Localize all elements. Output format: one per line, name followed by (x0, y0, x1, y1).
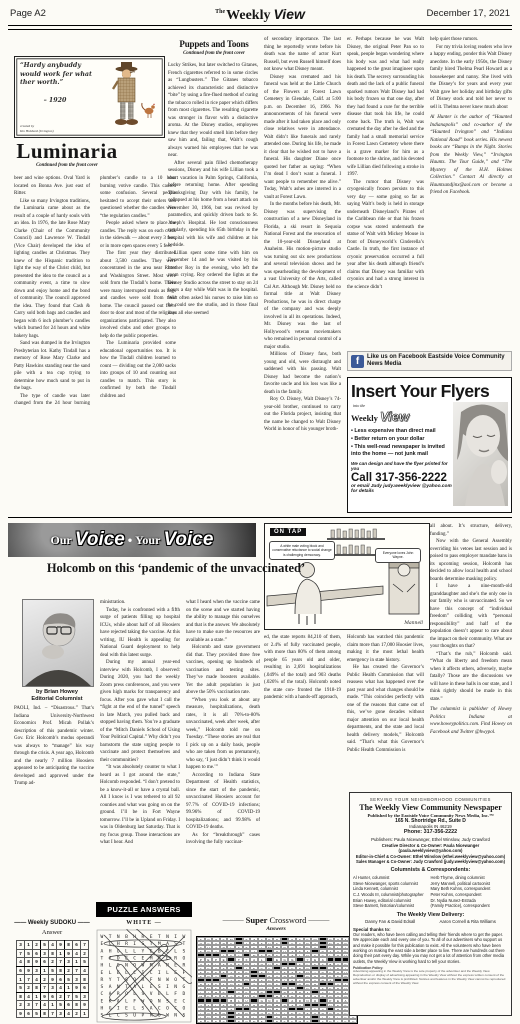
svg-text:V: V (150, 991, 153, 997)
banner-separator: • (128, 533, 132, 547)
svg-text:S: S (183, 948, 186, 954)
svg-text:O: O (166, 1006, 169, 1012)
columnist-photo (22, 599, 94, 687)
svg-text:L: L (142, 984, 145, 990)
holcomb-column-3: what I heard when the vaccine came on th… (186, 599, 260, 883)
ad-bullets: • Less expensive than direct mail • Bett… (351, 428, 453, 459)
ontap-political-cartoon: ON TAP A white male voting block and con… (264, 523, 430, 630)
svg-text:T: T (183, 941, 186, 947)
svg-text:A: A (150, 1006, 153, 1012)
issue-date: December 17, 2021 (427, 8, 510, 19)
svg-text:R: R (183, 963, 186, 969)
svg-text:W: W (166, 977, 169, 983)
crossword-answers-label: Answers (196, 926, 356, 932)
speech-bubble-1: A white male voting block and conservati… (269, 541, 335, 560)
crossword-answer-grid: TOTEMSTARRSKEWOVALOCHREISSUECARANODECHAR… (196, 936, 358, 1024)
svg-text:L: L (109, 1013, 112, 1019)
svg-text:T: T (101, 955, 104, 961)
facebook-bar-text: Like us on Facebook Eastside Voice Commu… (367, 354, 508, 367)
puppets-column-4: help quiet those rumors.For my trivia lo… (430, 36, 512, 344)
puppets-column-3: er. Perhaps because he was Walt Disney, … (347, 36, 424, 344)
byline: by Brian Howey Editorial Columnist (14, 689, 100, 704)
luminaria-headline: Luminaria (14, 139, 120, 164)
svg-text:L: L (125, 948, 128, 954)
puppets-column-4-text: help quiet those rumors.For my trivia lo… (430, 36, 512, 111)
svg-text:L: L (166, 991, 169, 997)
svg-text:C: C (101, 991, 104, 997)
luminaria-body: beer and wine options. Oval Yard is loca… (14, 175, 176, 512)
ontap-sign: ON TAP (270, 528, 306, 536)
bar-scene-drawing (265, 524, 427, 627)
ad-phone: Call 317-356-2222 (351, 472, 453, 484)
cartoon-quote: “Hardy anybuddy would work fer what ther… (20, 62, 100, 88)
svg-text:E: E (174, 998, 177, 1004)
header-rule-thin (8, 29, 512, 30)
svg-text:E: E (101, 998, 104, 1004)
svg-text:U: U (133, 1013, 136, 1019)
puppets-continued: Continued from the front cover (168, 51, 260, 56)
sudoku-answer-label: Answer (10, 929, 94, 936)
svg-text:L: L (109, 970, 112, 976)
svg-text:G: G (183, 984, 186, 990)
svg-text:A: A (158, 963, 161, 969)
svg-text:P: P (142, 1013, 145, 1019)
facebook-icon: f (351, 355, 364, 368)
section-divider (8, 517, 512, 518)
svg-text:H: H (101, 1006, 104, 1012)
abe-martin-figure (99, 59, 161, 133)
svg-text:L: L (125, 998, 128, 1004)
cartoon-year: – 1920 (20, 97, 90, 104)
author-bio: Al Hunter is the author of “Haunted Indi… (430, 114, 512, 197)
puppets-column-1: Lucky Strikes, but later switched to Git… (168, 62, 258, 512)
svg-text:Y: Y (142, 948, 145, 954)
svg-text:R: R (174, 955, 177, 961)
sudoku-title: Weekly SUDOKU (10, 920, 94, 926)
svg-text:L: L (174, 948, 177, 954)
svg-text:I: I (166, 984, 169, 990)
svg-text:W: W (166, 1013, 169, 1019)
puppets-column-2: of secondary importance. The last thing … (264, 36, 341, 514)
svg-text:N: N (158, 998, 161, 1004)
svg-text:L: L (133, 1006, 136, 1012)
woman-photo (453, 402, 508, 506)
svg-text:D: D (183, 991, 186, 997)
insert-flyers-ad: Insert Your Flyers into the WeeklyView •… (347, 377, 512, 513)
ad-bullet: • Less expensive than direct mail (351, 428, 453, 436)
ad-email: or email Judy judy.weeklyview @yahoo.com… (351, 484, 453, 494)
kin-hubbard-cartoon: “Hardy anybuddy would work fer what ther… (14, 56, 165, 138)
owner-line: Editor-in-Chief & Co-Owner: Ethel Winslo… (353, 854, 508, 859)
svg-text:E: E (125, 1006, 128, 1012)
weekly-view-logo: WeeklyView (351, 408, 453, 426)
svg-text:R: R (101, 977, 104, 983)
banner-word: Voice (75, 529, 125, 551)
ad-bullet: • This well-read newspaper is invited in… (351, 444, 453, 460)
masthead-weekly: Weekly (226, 8, 270, 23)
svg-text:E: E (101, 970, 104, 976)
svg-text:S: S (158, 984, 161, 990)
svg-text:N: N (166, 934, 169, 940)
svg-text:C: C (133, 955, 136, 961)
svg-text:N: N (174, 1013, 177, 1019)
columnists-left: Al Hunter, columnistSteve Nicewanger, sp… (353, 875, 431, 909)
svg-text:O: O (183, 1006, 186, 1012)
svg-text:N: N (125, 963, 128, 969)
svg-text:T: T (158, 934, 161, 940)
masthead-the: The (215, 9, 225, 15)
svg-text:H: H (101, 963, 104, 969)
svg-text:S: S (125, 1013, 128, 1019)
svg-text:E: E (101, 941, 104, 947)
svg-text:E: E (142, 955, 145, 961)
publication-policy: Advertising appearing in the Weekly View… (353, 970, 508, 985)
wordsearch-answer-grid: WTNBHRETNIWECHRISTMASTAHOLLYEBELSTIDECEM… (96, 929, 192, 1023)
svg-text:I: I (158, 970, 161, 976)
masthead-box-title: The Weekly View Community Newspaper (353, 803, 508, 812)
masthead-info-box: SERVING YOUR NEIGHBORHOOD COMMUNITIES Th… (349, 792, 512, 1016)
banner-word: Our (51, 533, 72, 548)
thanks-text: Our readers, who have been calling and t… (353, 932, 508, 964)
banner-word: Your (135, 533, 160, 548)
crossword-title: Super Crossword (196, 915, 356, 925)
delivery-header: The Weekly View Delivery: (353, 912, 508, 918)
ad-bullet: • Better return on your dollar (351, 436, 453, 444)
svg-text:I: I (174, 934, 177, 940)
our-voice-banner: Our Voice • Your Voice (8, 523, 256, 557)
speech-bubble-2: Everyone loves John Wayne. (375, 548, 421, 563)
puzzle-answers-banner: PUZZLE ANSWERS (96, 902, 192, 917)
svg-text:O: O (174, 977, 177, 983)
ad-design-line: We can design and have the flyer printed… (351, 461, 453, 471)
svg-text:I: I (117, 1006, 120, 1012)
svg-text:A: A (101, 948, 104, 954)
svg-text:S: S (101, 984, 104, 990)
holcomb-column-1: PAOLI, Ind. – “Disastrous.” That’s India… (14, 705, 94, 905)
columnist-bio: The columnist is publisher of Howey Poli… (430, 706, 512, 736)
holcomb-column-5: Holcomb has watched this pandemic claim … (347, 634, 424, 786)
puppets-headline: Puppets and Toons (168, 39, 260, 49)
owner-line: Creative Director & Co-Owner: Paula Nice… (353, 843, 508, 853)
svg-text:T: T (109, 934, 112, 940)
svg-text:H: H (109, 948, 112, 954)
delivery-names: Danny Fan & David Edsall (365, 919, 415, 924)
svg-text:N: N (117, 934, 120, 940)
facebook-bar: f Like us on Facebook Eastside Voice Com… (347, 351, 512, 371)
svg-text:E: E (150, 934, 153, 940)
svg-text:R: R (125, 941, 128, 947)
svg-text:W: W (101, 934, 104, 940)
cartoon-credit: created byKin Hubbard (Irvington) (20, 124, 90, 133)
svg-text:O: O (183, 955, 186, 961)
svg-text:F: F (133, 998, 136, 1004)
header-rule (8, 25, 512, 26)
luminaria-continued: Continued from the front cover (14, 163, 120, 168)
byline-role: Editorial Columnist (14, 696, 100, 703)
holcomb-column-6-text: all about. It’s structure, delivery, fun… (430, 523, 512, 703)
holcomb-headline: Holcomb on this ‘pandemic of the unvacci… (8, 561, 344, 575)
svg-text:L: L (109, 963, 112, 969)
holcomb-column-6: all about. It’s structure, delivery, fun… (430, 523, 512, 787)
svg-text:I: I (133, 941, 136, 947)
masthead-view: View (273, 6, 304, 22)
sudoku-answer-grid: 3125498677563819424896273156931582741742… (16, 940, 89, 1018)
serving-line: SERVING YOUR NEIGHBORHOOD COMMUNITIES (353, 797, 508, 802)
svg-text:C: C (183, 998, 186, 1004)
delivery-names: Aaron Cornell & Rita Williams (440, 919, 496, 924)
svg-text:B: B (125, 934, 128, 940)
holcomb-column-2: ministration.Today, he is confronted wit… (100, 599, 180, 897)
columnists-right: Herb Thyme, dining columnistJerry Mannel… (431, 875, 509, 909)
columnists-header: Columnists & Correspondents: (353, 867, 508, 873)
wordsearch-title: WHITE — (96, 920, 192, 926)
publishers-line: Publishers: Paula Nicewanger, Ethel Wins… (353, 837, 508, 842)
phone-line: Phone: 317-356-2222 (353, 829, 508, 835)
svg-text:T: T (117, 977, 120, 983)
svg-text:L: L (133, 948, 136, 954)
byline-name: by Brian Howey (14, 689, 100, 696)
svg-text:L: L (166, 970, 169, 976)
owner-line: Sales Manager & Co-Owner: Judy Crawford … (353, 859, 508, 864)
svg-text:N: N (174, 984, 177, 990)
svg-text:S: S (142, 1006, 145, 1012)
svg-text:F: F (174, 991, 177, 997)
svg-text:N: N (158, 977, 161, 983)
newspaper-page: Page A2 TheWeeklyView December 17, 2021 … (0, 0, 520, 1024)
svg-text:Y: Y (109, 977, 112, 983)
holcomb-column-4: ed, the state reports 84,210 of them, or… (264, 634, 341, 878)
banner-word: Voice (163, 529, 213, 551)
ad-headline: Insert Your Flyers (351, 381, 508, 402)
cartoonist-signature: Mannell (404, 621, 423, 626)
svg-text:A: A (109, 984, 112, 990)
